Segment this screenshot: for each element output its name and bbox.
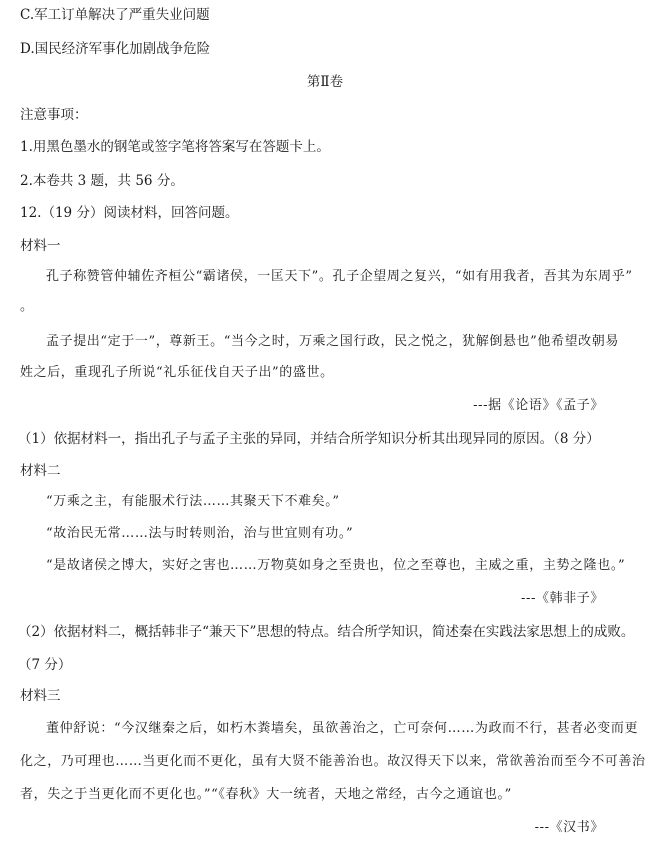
material-2-source: ---《韩非子》: [521, 590, 604, 608]
material-3-source: ---《汉书》: [535, 819, 604, 837]
material-1-para1-line2: 。: [20, 298, 34, 316]
material-1-source: ---据《论语》《孟子》: [473, 397, 604, 415]
material-1-para2-line2: 姓之后，重现孔子所说“礼乐征伐自天子出”的盛世。: [20, 364, 334, 382]
material-3-label: 材料三: [20, 687, 61, 705]
material-2-quote-2: “故治民无常……法与时转则治，治与世宜则有功。”: [46, 525, 353, 543]
material-3-line1: 董仲舒说：“今汉继秦之后，如朽木粪墙矣，虽欲善治之，亡可奈何……为政而不行，甚者…: [46, 720, 600, 738]
material-2-quote-1: “万乘之主，有能服术行法……其聚天下不难矣。”: [46, 493, 340, 511]
material-2-quote-3: “是故诸侯之博大，实好之害也……万物莫如身之至贵也，位之至尊也，主威之重，主势之…: [46, 557, 625, 575]
sub-question-1: （1）依据材料一，指出孔子与孟子主张的异同，并结合所学知识分析其出现异同的原因。…: [18, 430, 600, 448]
material-2-label: 材料二: [20, 462, 61, 480]
part-title: 第Ⅱ卷: [0, 73, 650, 91]
material-1-para2-line1: 孟子提出“定于一”，尊新王。“当今之时，万乘之国行政，民之悦之，犹解倒悬也”他希…: [46, 333, 600, 351]
question-12-stem: 12.（19 分）阅读材料，回答问题。: [20, 204, 238, 222]
material-1-label: 材料一: [20, 237, 61, 255]
sub-question-2-line1: （2）依据材料二，概括韩非子“兼天下”思想的特点。结合所学知识，简述秦在实践法家…: [18, 623, 634, 641]
option-c: C.军工订单解决了严重失业问题: [20, 6, 210, 24]
notice-item-2: 2.本卷共 3 题，共 56 分。: [20, 172, 184, 190]
material-3-line3: 者，失之于当更化而不更化也。”“《春秋》大一统者，天地之常经，古今之通谊也。”: [20, 786, 512, 804]
option-d: D.国民经济军事化加剧战争危险: [20, 40, 210, 58]
notice-item-1: 1.用黑色墨水的钢笔或签字笔将答案写在答题卡上。: [20, 138, 330, 156]
material-3-line2: 化之，乃可理也……当更化而不更化，虽有大贤不能善治也。故汉得天下以来，常欲善治而…: [20, 753, 600, 771]
notice-heading: 注意事项：: [20, 106, 88, 124]
sub-question-2-line2: （7 分）: [18, 656, 71, 674]
material-1-para1-line1: 孔子称赞管仲辅佐齐桓公“霸诸侯，一匡天下”。孔子企望周之复兴，“如有用我者，吾其…: [46, 268, 600, 286]
